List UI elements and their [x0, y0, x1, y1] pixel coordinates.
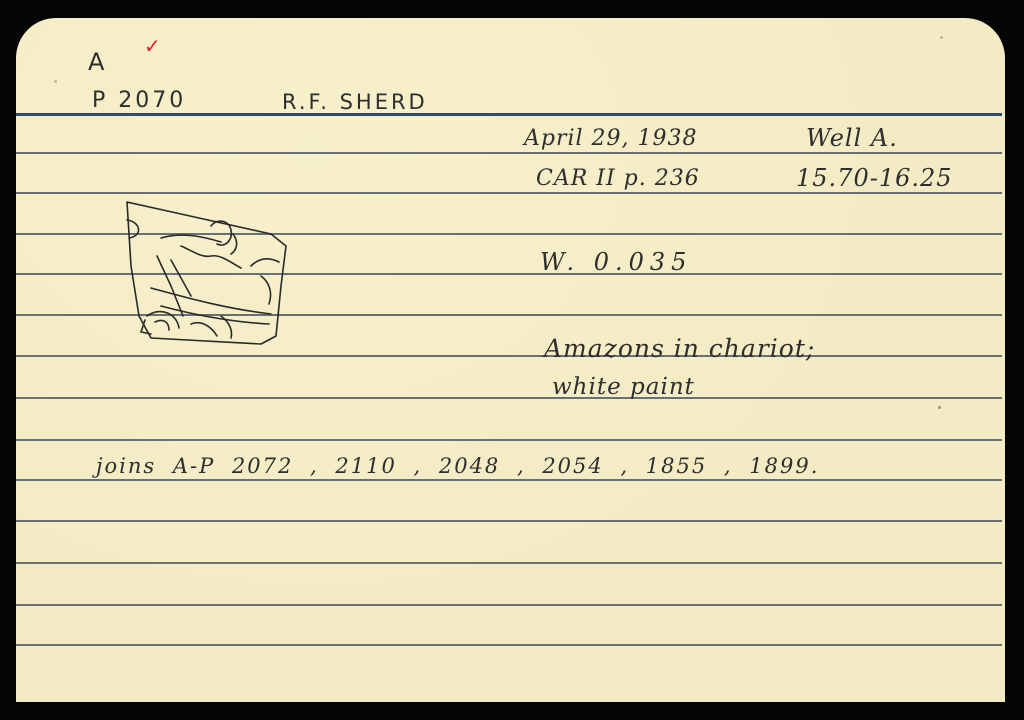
- ruled-line: [16, 520, 1002, 522]
- section-letter: A: [88, 48, 107, 76]
- check-mark-icon: ✓: [144, 34, 161, 58]
- ruled-line: [16, 152, 1002, 154]
- object-title: R.F. SHERD: [282, 90, 428, 114]
- width-measurement: W. 0.035: [540, 248, 692, 276]
- description-line-1: Amazons in chariot;: [544, 334, 815, 363]
- description-line-2: white paint: [552, 374, 695, 400]
- findspot: Well A.: [806, 124, 898, 152]
- ruled-line: [16, 479, 1002, 481]
- ruled-line: [16, 604, 1002, 606]
- depth-range: 15.70-16.25: [796, 164, 953, 192]
- paper-speck: [54, 80, 57, 83]
- ruled-line: [16, 192, 1002, 194]
- ruled-line: [16, 644, 1002, 646]
- inventory-number: P 2070: [92, 88, 186, 113]
- paper-speck: [938, 406, 941, 409]
- index-card: A ✓ P 2070 R.F. SHERD April 29, 1938 Wel…: [16, 18, 1005, 702]
- joins-note: joins A-P 2072 , 2110 , 2048 , 2054 , 18…: [96, 454, 819, 478]
- sherd-sketch-icon: [121, 196, 301, 356]
- excavation-date: April 29, 1938: [524, 126, 698, 151]
- ruled-line: [16, 439, 1002, 441]
- ruled-line: [16, 397, 1002, 399]
- ruled-line: [16, 562, 1002, 564]
- notebook-reference: CAR II p. 236: [536, 166, 700, 191]
- paper-speck: [940, 36, 943, 39]
- header-rule: [16, 113, 1002, 116]
